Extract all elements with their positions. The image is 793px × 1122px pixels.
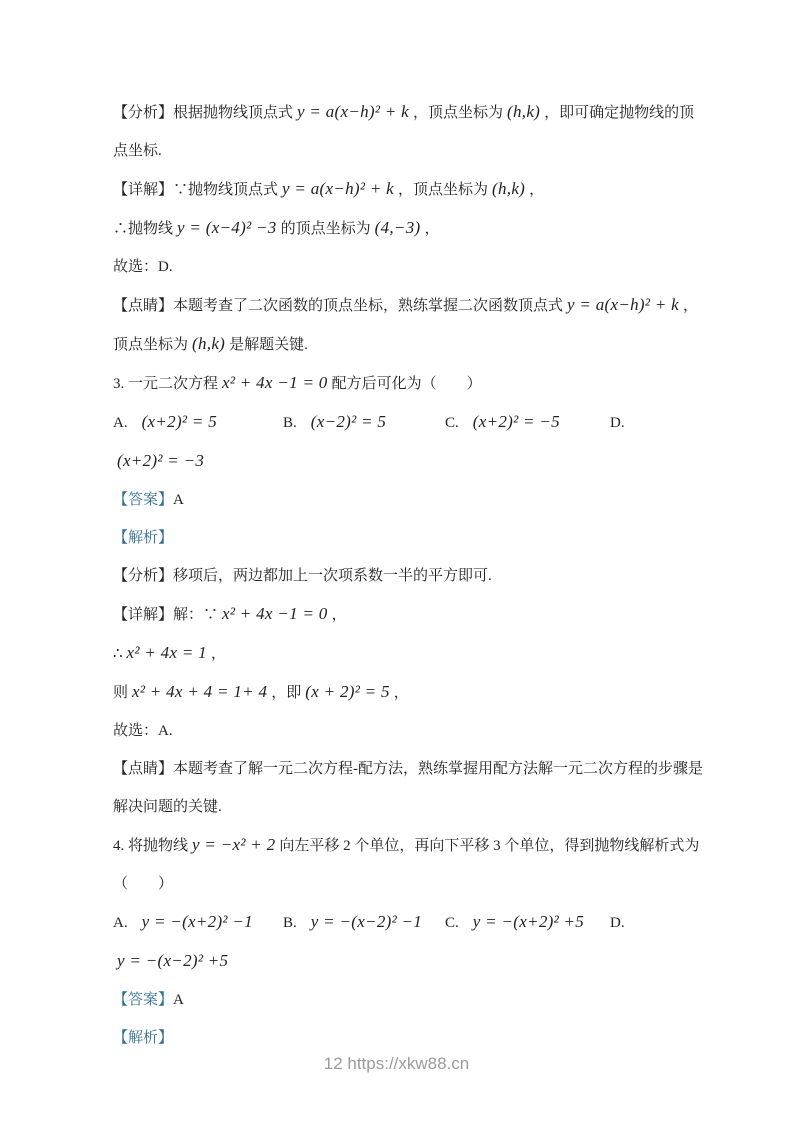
text-segment: ，顶点坐标为 [413,105,503,121]
text-segment: 顶点坐标为 [113,337,188,353]
option-math: (x+2)² = 5 [142,410,217,434]
text-segment: A [173,992,184,1008]
doc-line: (x+2)² = −3 [113,449,685,474]
doc-line: 故选：D. [113,255,685,279]
doc-line: 【答案】A [113,988,685,1012]
option-label: C. [445,411,459,435]
option-item: A.(x+2)² = 5 [113,410,283,435]
math-segment: x² + 4x −1 = 0 [222,604,328,623]
doc-line: 解决问题的关键. [113,795,685,819]
math-segment: (x+2)² = −3 [117,451,204,470]
text-segment: 是解题关键. [229,337,308,353]
doc-line: 顶点坐标为(h,k)是解题关键. [113,332,685,357]
text-segment: 3. 一元二次方程 [113,376,218,392]
document-page: 【分析】根据抛物线顶点式y = a(x−h)² + k，顶点坐标为(h,k)，即… [0,0,793,1122]
doc-line: ∴抛物线y = (x−4)² −3的顶点坐标为(4,−3)， [113,216,685,241]
text-segment: 向左平移 2 个单位，再向下平移 3 个单位，得到抛物线解析式为 [279,838,699,854]
doc-line: 【答案】A [113,488,685,512]
option-label: D. [610,411,625,435]
doc-line: ∴x² + 4x = 1， [113,641,685,666]
doc-line: 3. 一元二次方程x² + 4x −1 = 0配方后可化为（ ） [113,371,685,396]
math-segment: y = −(x−2)² +5 [117,951,228,970]
doc-line: y = −(x−2)² +5 [113,949,685,974]
text-segment: ， [332,607,347,623]
text-segment: 【详解】解：∵ [113,607,218,623]
text-segment: ， [424,221,439,237]
footer-text: 12 https://xkw88.cn [324,1054,470,1073]
doc-line: 【分析】根据抛物线顶点式y = a(x−h)² + k，顶点坐标为(h,k)，即… [113,100,685,125]
text-segment: ， [683,298,698,314]
doc-line: 故选：A. [113,719,685,743]
math-segment: y = (x−4)² −3 [177,218,277,237]
option-item: C.y = −(x+2)² +5 [445,910,610,935]
text-segment: 【详解】∵抛物线顶点式 [113,182,278,198]
text-segment: ， [394,685,409,701]
option-label: A. [113,411,128,435]
doc-line: 【解析】 [113,526,685,550]
section-label: 【答案】 [113,492,173,508]
text-segment: 【分析】根据抛物线顶点式 [113,105,293,121]
math-segment: (h,k) [192,334,225,353]
option-math: y = −(x−2)² −1 [311,910,422,934]
doc-line: 【点睛】本题考查了解一元二次方程-配方法，熟练掌握用配方法解一元二次方程的步骤是 [113,757,685,781]
text-segment: ，顶点坐标为 [398,182,488,198]
math-segment: x² + 4x −1 = 0 [222,373,328,392]
options-row: A.y = −(x+2)² −1B.y = −(x−2)² −1C.y = −(… [113,910,685,935]
text-segment: 的顶点坐标为 [281,221,371,237]
math-segment: y = −x² + 2 [192,835,275,854]
text-segment: A [173,492,184,508]
option-label: A. [113,911,128,935]
text-segment: ，即可确定抛物线的顶 [544,105,694,121]
doc-line: 【详解】解：∵x² + 4x −1 = 0， [113,602,685,627]
math-segment: y = a(x−h)² + k [567,295,679,314]
text-segment: 解决问题的关键. [113,799,222,815]
text-segment: （ ） [113,876,173,892]
option-math: (x−2)² = 5 [311,410,386,434]
math-segment: x² + 4x = 1 [127,643,207,662]
math-segment: (h,k) [507,102,540,121]
section-label: 【答案】 [113,992,173,1008]
text-segment: 【点睛】本题考查了解一元二次方程-配方法，熟练掌握用配方法解一元二次方程的步骤是 [113,761,703,777]
option-label: B. [283,411,297,435]
text-segment: 故选：D. [113,259,173,275]
text-segment: ， [211,646,226,662]
text-segment: ∴抛物线 [113,221,173,237]
section-label: 【解析】 [113,1030,173,1046]
option-label: C. [445,911,459,935]
option-label: D. [610,911,625,935]
text-segment: 点坐标. [113,143,162,159]
page-footer: 12 https://xkw88.cn [0,1054,793,1074]
document-body: 【分析】根据抛物线顶点式y = a(x−h)² + k，顶点坐标为(h,k)，即… [113,100,685,1064]
option-item: B.(x−2)² = 5 [283,410,445,435]
option-item: A.y = −(x+2)² −1 [113,910,283,935]
math-segment: (4,−3) [375,218,421,237]
doc-line: 【点睛】本题考查了二次函数的顶点坐标，熟练掌握二次函数顶点式y = a(x−h)… [113,293,685,318]
option-item: C.(x+2)² = −5 [445,410,610,435]
doc-line: 【详解】∵抛物线顶点式y = a(x−h)² + k，顶点坐标为(h,k)， [113,177,685,202]
section-label: 【解析】 [113,530,173,546]
text-segment: ∴ [113,646,123,662]
options-row: A.(x+2)² = 5B.(x−2)² = 5C.(x+2)² = −5D. [113,410,685,435]
option-math: y = −(x+2)² +5 [473,910,584,934]
text-segment: 配方后可化为（ ） [332,376,482,392]
text-segment: 故选：A. [113,723,173,739]
math-segment: x² + 4x + 4 = 1+ 4 [132,682,267,701]
math-segment: (x + 2)² = 5 [305,682,390,701]
math-segment: y = a(x−h)² + k [297,102,409,121]
option-math: (x+2)² = −5 [473,410,560,434]
doc-line: 【解析】 [113,1026,685,1050]
text-segment: 则 [113,685,128,701]
math-segment: (h,k) [492,179,525,198]
doc-line: 则x² + 4x + 4 = 1+ 4，即(x + 2)² = 5， [113,680,685,705]
doc-line: 【分析】移项后，两边都加上一次项系数一半的平方即可. [113,564,685,588]
text-segment: 【点睛】本题考查了二次函数的顶点坐标，熟练掌握二次函数顶点式 [113,298,563,314]
text-segment: ， [529,182,544,198]
text-segment: ，即 [271,685,301,701]
doc-line: 4. 将抛物线y = −x² + 2向左平移 2 个单位，再向下平移 3 个单位… [113,833,685,858]
option-label: B. [283,911,297,935]
doc-line: （ ） [113,872,685,896]
doc-line: 点坐标. [113,139,685,163]
option-item: B.y = −(x−2)² −1 [283,910,445,935]
option-math: y = −(x+2)² −1 [142,910,253,934]
text-segment: 4. 将抛物线 [113,838,188,854]
option-item: D. [610,911,635,935]
math-segment: y = a(x−h)² + k [282,179,394,198]
option-item: D. [610,411,635,435]
text-segment: 【分析】移项后，两边都加上一次项系数一半的平方即可. [113,568,492,584]
